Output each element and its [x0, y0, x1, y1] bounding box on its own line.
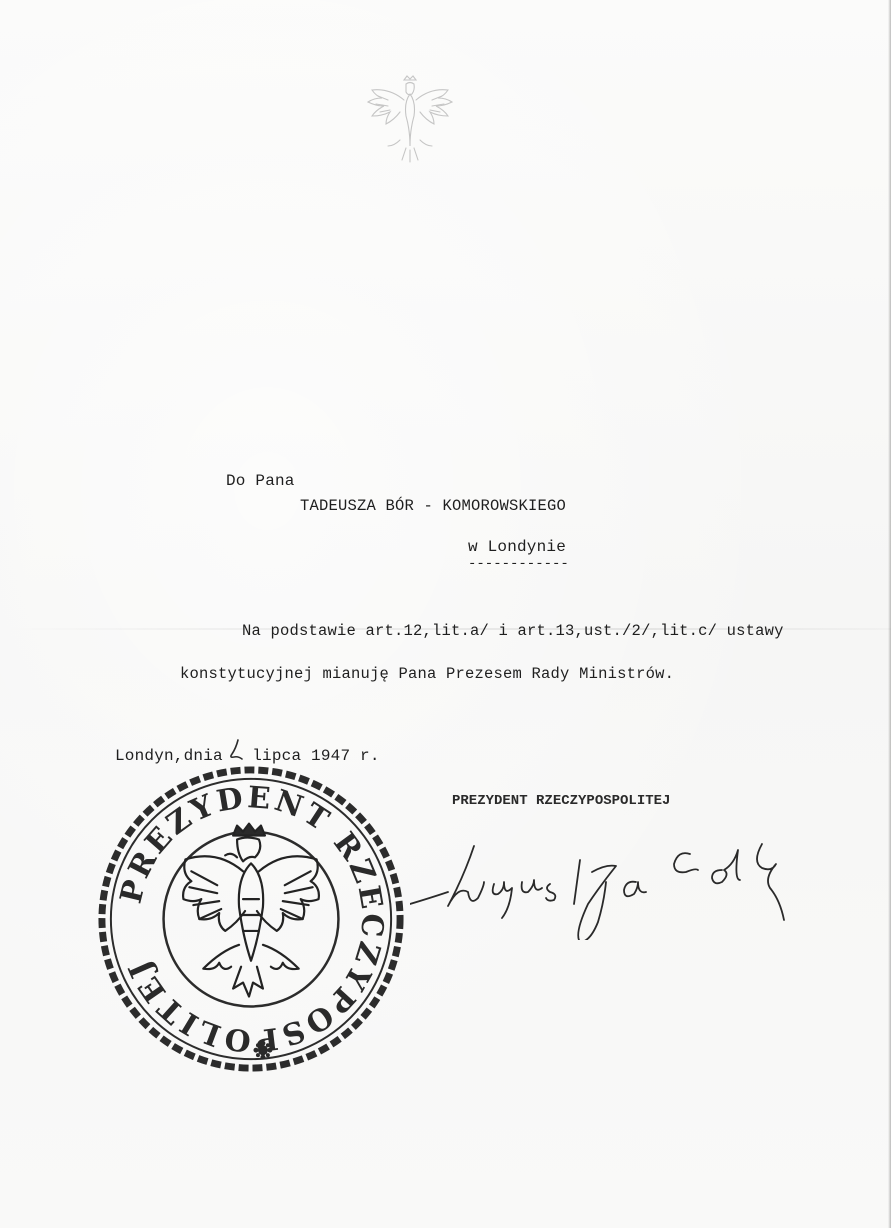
signature-august-zaleski	[410, 820, 810, 940]
seal-text: PREZYDENT RZECZYPOSPOLITEJ	[114, 780, 390, 1058]
svg-text:PREZYDENT RZECZYPOSPOLITEJ: PREZYDENT RZECZYPOSPOLITEJ	[114, 780, 390, 1058]
addressee-name: TADEUSZA BÓR - KOMOROWSKIEGO	[300, 497, 566, 515]
addressee-location: w Londynie	[468, 538, 566, 556]
embossed-eagle-icon	[360, 70, 460, 170]
body-paragraph-line-1: Na podstawie art.12,lit.a/ i art.13,ust.…	[242, 622, 784, 640]
location-underline: ------------	[468, 556, 569, 572]
signatory-title: PREZYDENT RZECZYPOSPOLITEJ	[452, 793, 670, 809]
crowned-eagle-icon	[183, 824, 319, 997]
salutation: Do Pana	[226, 472, 295, 490]
presidential-seal: PREZYDENT RZECZYPOSPOLITEJ	[92, 760, 410, 1078]
body-paragraph-line-2: konstytucyjnej mianuję Pana Prezesem Rad…	[180, 665, 674, 683]
